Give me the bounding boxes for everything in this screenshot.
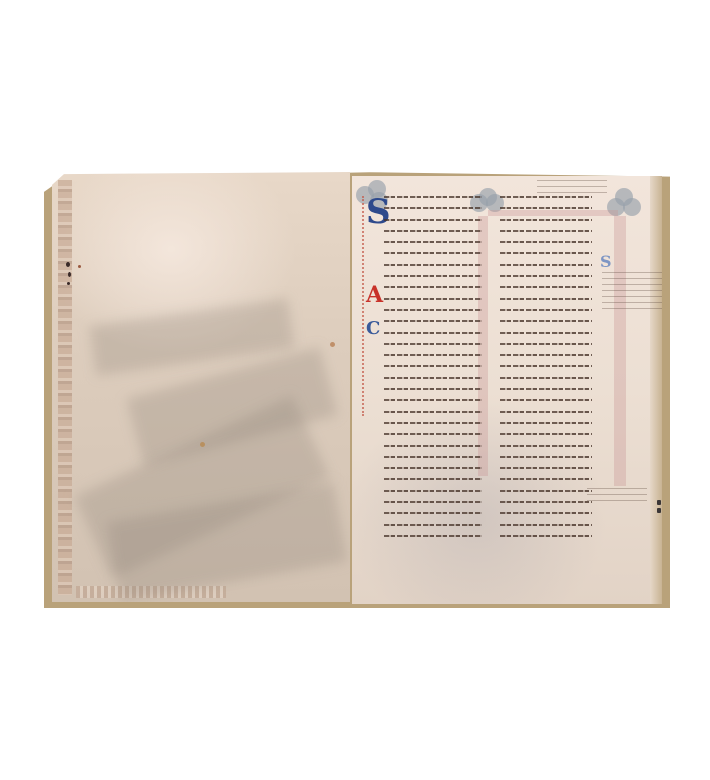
- ink-blot: [67, 282, 70, 285]
- ink-blot: [78, 265, 81, 268]
- stain: [330, 342, 335, 347]
- top-marginal-note: [537, 180, 607, 198]
- ink-blot: [68, 272, 71, 277]
- right-page-illuminated: S A C S: [352, 176, 662, 604]
- blue-initial: C: [366, 318, 380, 339]
- clasp-mark: [657, 500, 661, 505]
- clasp-mark: [657, 508, 661, 513]
- ink-blot: [66, 262, 70, 267]
- left-edge-strip: [58, 180, 72, 595]
- page-edge: [650, 176, 662, 604]
- marginal-note: [602, 272, 662, 314]
- marginal-note: [587, 488, 647, 506]
- arch-pillar: [614, 216, 626, 486]
- marginal-initial-s: S: [600, 252, 612, 271]
- manuscript-photo: S A C S: [0, 0, 710, 780]
- text-column-left: [384, 196, 482, 546]
- stain: [200, 442, 205, 447]
- red-initial-a: A: [366, 282, 383, 308]
- left-page-blank: [52, 172, 350, 602]
- text-column-right: [500, 196, 592, 546]
